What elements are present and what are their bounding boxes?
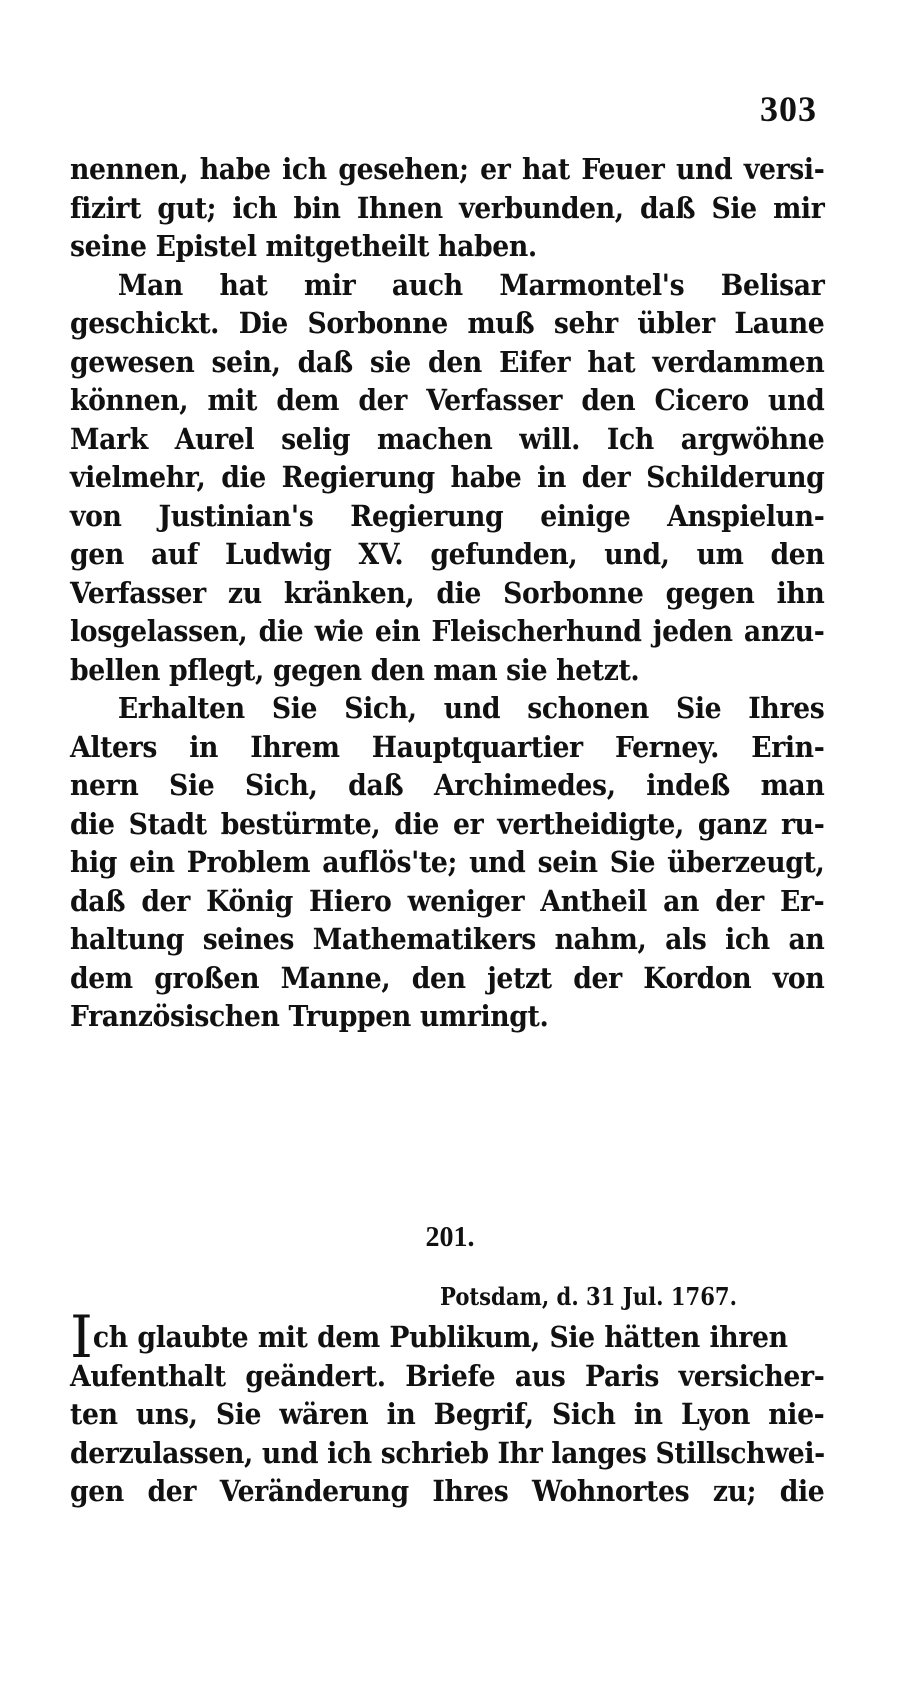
text-line: fizirt gut; ich bin Ihnen verbunden, daß…: [70, 189, 824, 228]
text-line: Alters in Ihrem Hauptquartier Ferney. Er…: [70, 728, 824, 767]
text-line: bellen pflegt, gegen den man sie hetzt.: [70, 651, 824, 690]
text-line: ten uns, Sie wären in Begrif, Sich in Ly…: [70, 1395, 824, 1434]
text-line: Verfasser zu kränken, die Sorbonne gegen…: [70, 574, 824, 613]
text-line: seine Epistel mitgetheilt haben.: [70, 227, 824, 266]
text-line: können, mit dem der Verfasser den Cicero…: [70, 381, 824, 420]
page-number: 303: [760, 88, 817, 130]
text-line: hig ein Problem auflös'te; und sein Sie …: [70, 843, 824, 882]
text-line: gewesen sein, daß sie den Eifer hat verd…: [70, 343, 824, 382]
text-line: gen der Veränderung Ihres Wohnortes zu; …: [70, 1472, 824, 1511]
text-line: Aufenthalt geändert. Briefe aus Paris ve…: [70, 1357, 824, 1396]
text-line: haltung seines Mathematikers nahm, als i…: [70, 920, 824, 959]
text-line: losgelassen, die wie ein Fleischerhund j…: [70, 612, 824, 651]
letter-200-continuation: nennen, habe ich gesehen; er hat Feuer u…: [70, 150, 826, 1036]
letter-number-heading: 201.: [0, 1222, 900, 1254]
text-line: von Justinian's Regierung einige Anspiel…: [70, 497, 824, 536]
text-line: Erhalten Sie Sich, und schonen Sie Ihres: [70, 689, 824, 728]
text-line: Man hat mir auch Marmontel's Belisar: [70, 266, 824, 305]
text-line: vielmehr, die Regierung habe in der Schi…: [70, 458, 824, 497]
text-line: geschickt. Die Sorbonne muß sehr übler L…: [70, 304, 824, 343]
text-line: nern Sie Sich, daß Archimedes, indeß man: [70, 766, 824, 805]
text-line: die Stadt bestürmte, die er vertheidigte…: [70, 805, 824, 844]
text-line: Mark Aurel selig machen will. Ich argwöh…: [70, 420, 824, 459]
text-line: gen auf Ludwig XV. gefunden, und, um den: [70, 535, 824, 574]
text-line: dem großen Manne, den jetzt der Kordon v…: [70, 959, 824, 998]
letter-201-body: I ch glaubte mit dem Publikum, Sie hätte…: [70, 1318, 826, 1511]
text-line: nennen, habe ich gesehen; er hat Feuer u…: [70, 150, 824, 189]
text-line: daß der König Hiero weniger Antheil an d…: [70, 882, 824, 921]
text-line: derzulassen, und ich schrieb Ihr langes …: [70, 1434, 824, 1473]
text-line: Französischen Truppen umringt.: [70, 997, 824, 1036]
letter-dateline: Potsdam, d. 31 Jul. 1767.: [440, 1282, 737, 1311]
text-line: ch glaubte mit dem Publikum, Sie hätten …: [70, 1318, 788, 1357]
